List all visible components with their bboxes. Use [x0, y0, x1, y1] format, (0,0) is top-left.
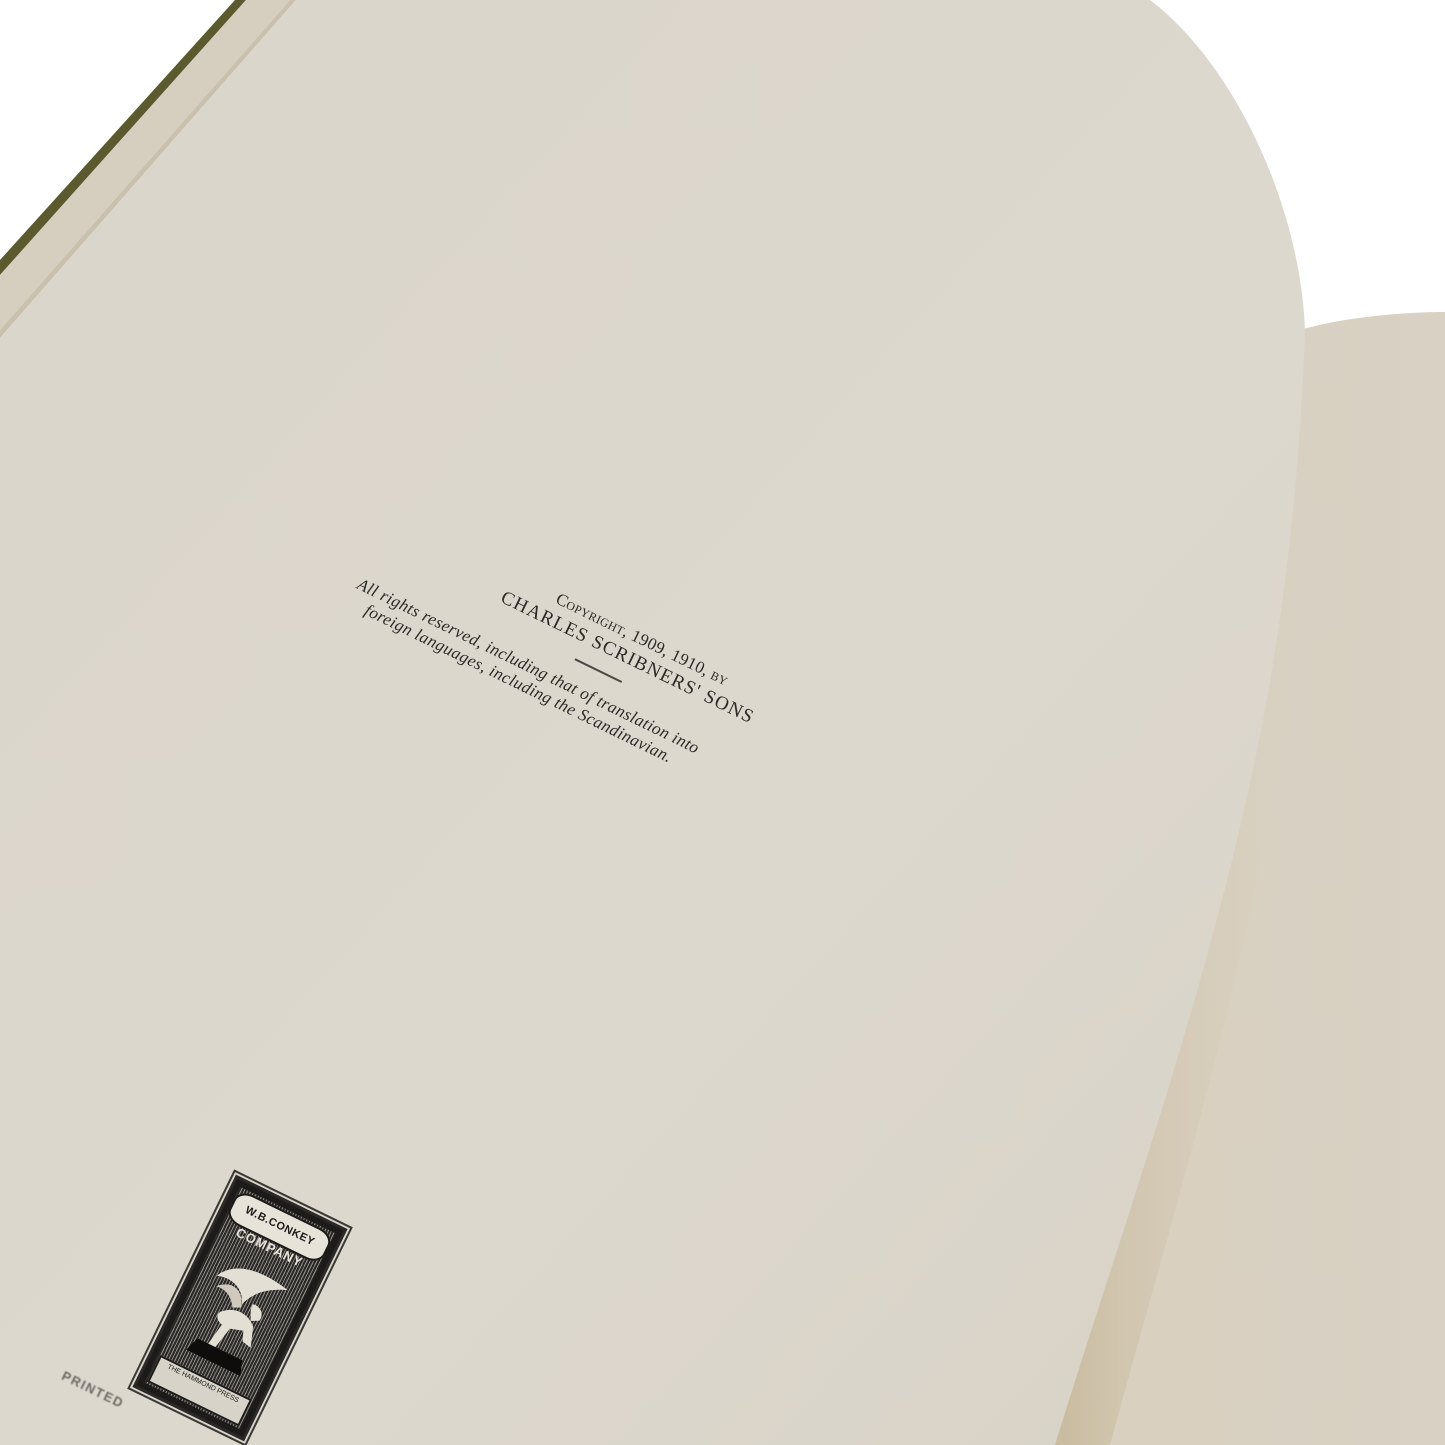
- book-photo: Copyright, 1909, 1910, by CHARLES SCRIBN…: [0, 0, 1445, 1445]
